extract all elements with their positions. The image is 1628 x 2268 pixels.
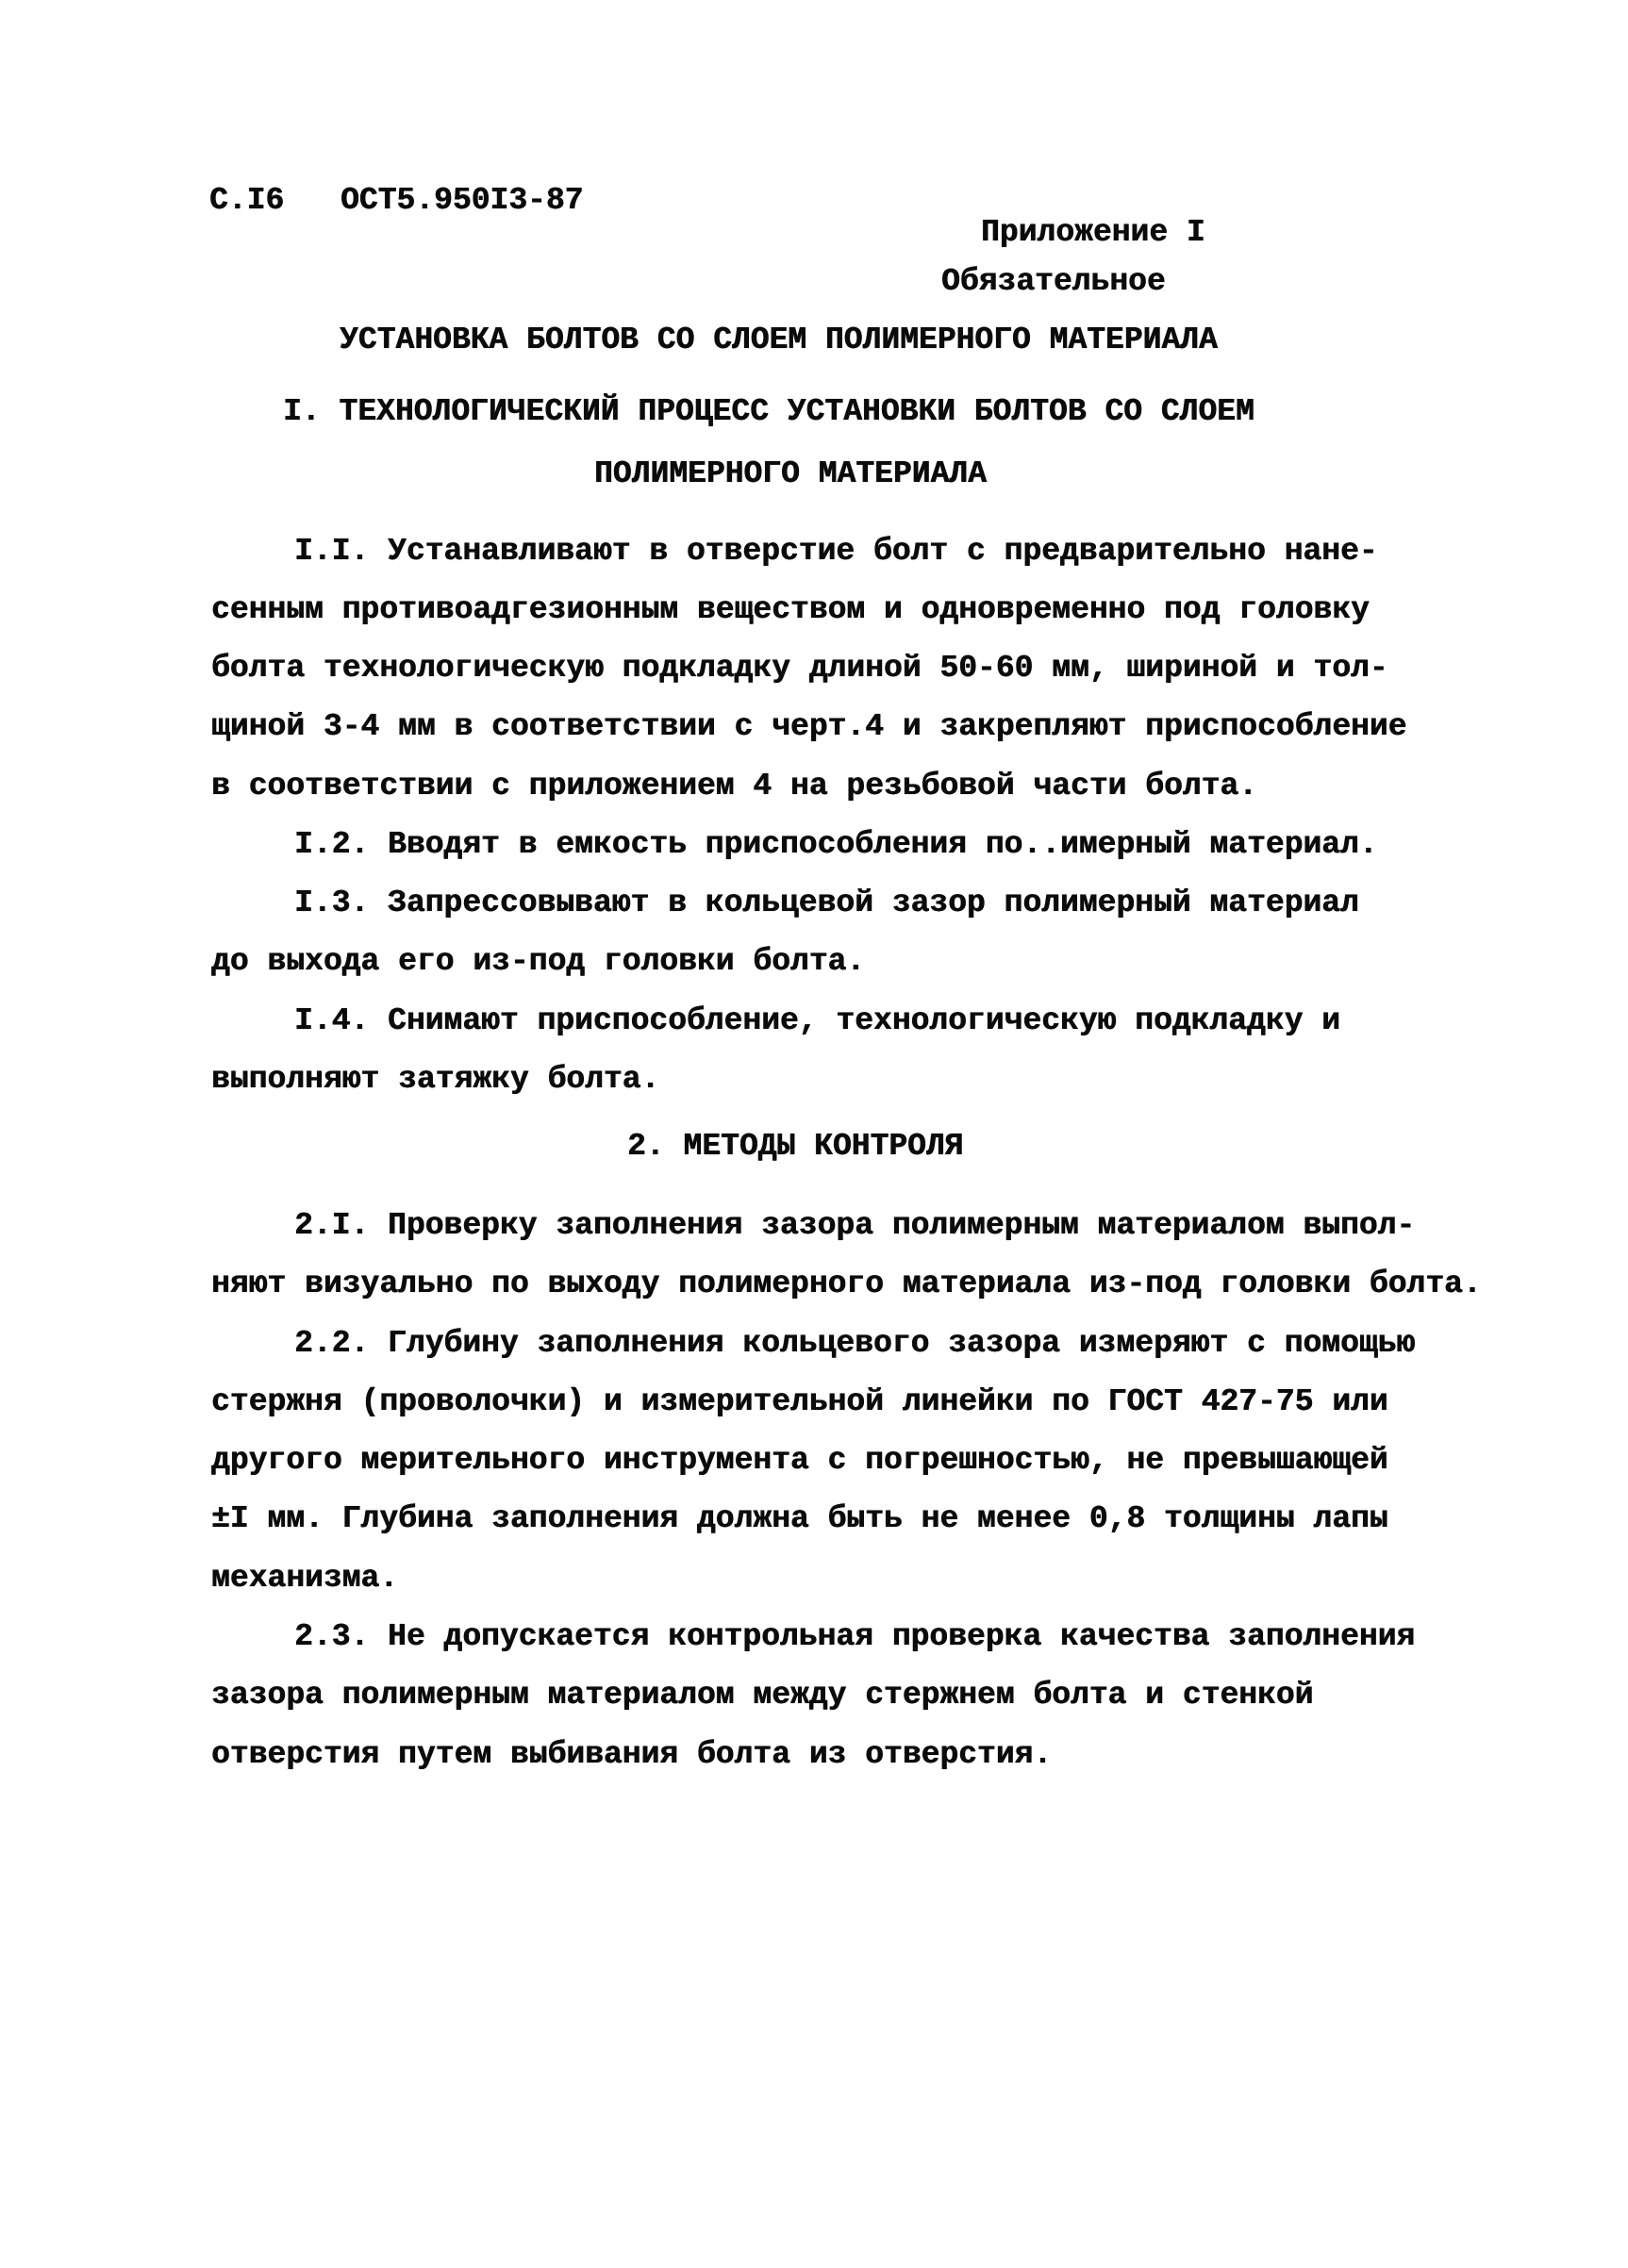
standard-number: ОСТ5.950I3-87 [341, 185, 583, 216]
para-2-2-line-2: стержня (проволочки) и измерительной лин… [211, 1386, 1388, 1417]
para-1-2-line-1: I.2. Вводят в емкость приспособления по.… [294, 829, 1378, 860]
appendix-kind: Обязательное [941, 266, 1166, 297]
document-page: С.I6 ОСТ5.950I3-87 Приложение I Обязател… [0, 0, 1628, 2268]
section-1-heading-line-1: I. ТЕХНОЛОГИЧЕСКИЙ ПРОЦЕСС УСТАНОВКИ БОЛ… [283, 396, 1254, 427]
para-1-1-line-3: болта технологическую подкладку длиной 5… [211, 653, 1388, 684]
para-1-3-line-2: до выхода его из-под головки болта. [211, 946, 865, 977]
para-2-3-line-3: отверстия путем выбивания болта из отвер… [211, 1739, 1052, 1770]
section-1-heading-line-2: ПОЛИМЕРНОГО МАТЕРИАЛА [594, 458, 987, 489]
para-1-4-line-2: выполняют затяжку болта. [211, 1064, 659, 1095]
para-1-4-line-1: I.4. Снимают приспособление, технологиче… [294, 1005, 1340, 1036]
para-2-3-line-1: 2.3. Не допускается контрольная проверка… [294, 1621, 1415, 1652]
para-1-1-line-1: I.I. Устанавливают в отверстие болт с пр… [294, 536, 1378, 567]
para-2-1-line-1: 2.I. Проверку заполнения зазора полимерн… [294, 1210, 1415, 1241]
para-1-3-line-1: I.3. Запрессовывают в кольцевой зазор по… [294, 887, 1359, 919]
para-2-2-line-3: другого мерительного инструмента с погре… [211, 1445, 1388, 1476]
para-1-1-line-5: в соответствии с приложением 4 на резьбо… [211, 770, 1257, 802]
para-2-2-line-1: 2.2. Глубину заполнения кольцевого зазор… [294, 1328, 1415, 1359]
appendix-label: Приложение I [981, 217, 1205, 248]
para-2-2-line-4: ±I мм. Глубина заполнения должна быть не… [211, 1503, 1388, 1534]
para-1-1-line-2: сенным противоадгезионным веществом и од… [211, 594, 1370, 625]
para-2-3-line-2: зазора полимерным материалом между стерж… [211, 1680, 1313, 1711]
para-2-1-line-2: няют визуально по выходу полимерного мат… [211, 1268, 1482, 1300]
para-2-2-line-5: механизма. [211, 1563, 398, 1594]
page-number: С.I6 [209, 185, 284, 216]
section-2-heading: 2. МЕТОДЫ КОНТРОЛЯ [627, 1131, 963, 1162]
document-title: УСТАНОВКА БОЛТОВ СО СЛОЕМ ПОЛИМЕРНОГО МА… [340, 324, 1218, 356]
para-1-1-line-4: щиной 3-4 мм в соответствии с черт.4 и з… [211, 711, 1406, 742]
